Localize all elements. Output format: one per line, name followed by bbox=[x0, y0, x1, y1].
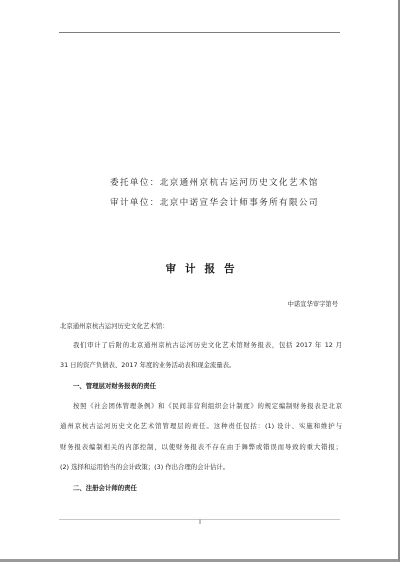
addressee: 北京通州京杭古运河历史文化艺术馆： bbox=[60, 322, 342, 331]
paragraph-line: (2) 选择和运用恰当的会计政策；(3) 作出合理的会计估计。 bbox=[60, 463, 342, 472]
client-unit-line: 委托单位：北京通州京杭古运河历史文化艺术馆 bbox=[110, 176, 319, 188]
section-heading-2: 二、注册会计师的责任 bbox=[73, 484, 355, 493]
reference-number: 中诺宣华审字第号 bbox=[288, 299, 338, 308]
section-heading-1: 一、管理层对财务报表的责任 bbox=[73, 382, 355, 391]
auditor-unit-line: 审计单位：北京中诺宣华会计师事务所有限公司 bbox=[110, 196, 319, 208]
header-rule bbox=[59, 32, 340, 33]
paragraph-line: 31 日的资产负债表、2017 年度的业务活动表和现金流量表。 bbox=[60, 361, 342, 370]
paragraph-line: 按照《社会团体管理条例》和《民间非营利组织会计制度》的规定编制财务报表是北京 bbox=[73, 402, 342, 411]
paragraph-line: 财务报表编制相关的内部控制，以使财务报表不存在由于舞弊或错误而导致的重大错报； bbox=[60, 443, 342, 452]
report-title: 审计报告 bbox=[0, 261, 400, 276]
paragraph-line: 我们审计了后附的北京通州京杭古运河历史文化艺术馆财务报表，包括 2017 年 1… bbox=[73, 341, 342, 350]
page-number: I bbox=[0, 519, 400, 526]
paragraph-line: 通州京杭古运河历史文化艺术馆管理层的责任。这种责任包括：(1) 设计、实施和维护… bbox=[60, 422, 342, 431]
document-page: 委托单位：北京通州京杭古运河历史文化艺术馆 审计单位：北京中诺宣华会计师事务所有… bbox=[0, 0, 400, 562]
